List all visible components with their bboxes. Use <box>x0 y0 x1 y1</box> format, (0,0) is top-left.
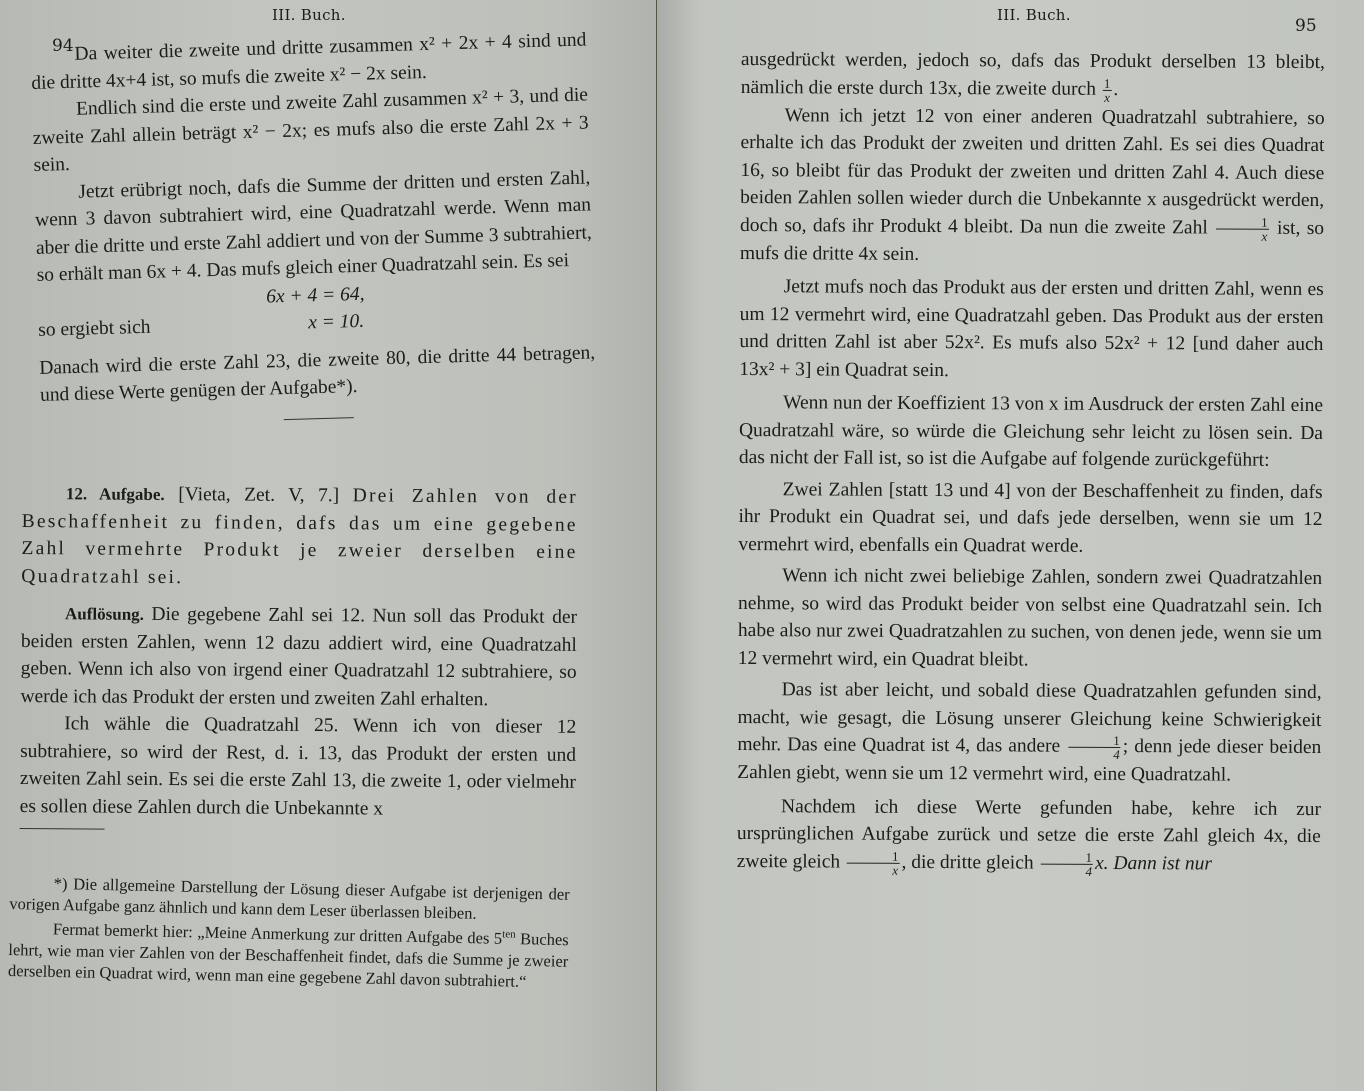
section-divider <box>284 417 354 420</box>
text: , die dritte gleich <box>901 851 1033 873</box>
paragraph: Wenn ich nicht zwei beliebige Zahlen, so… <box>738 562 1323 675</box>
running-head: III. Buch. <box>997 6 1071 24</box>
paragraph: Wenn nun der Koeffizient 13 von x im Aus… <box>739 389 1323 475</box>
superscript: ten <box>502 928 516 940</box>
solution-label: Auflösung. <box>65 604 144 624</box>
equation: x = 10. <box>308 308 365 337</box>
left-page: III. Buch. 94 Da weiter die zweite und d… <box>0 0 657 1091</box>
paragraph: Wenn ich jetzt 12 von einer anderen Quad… <box>740 102 1325 271</box>
fraction: 1x <box>847 849 900 876</box>
paragraph: Danach wird die erste Zahl 23, die zweit… <box>39 339 596 410</box>
text: x. Dann ist nur <box>1095 852 1212 874</box>
equation-label: so ergiebt sich <box>38 314 151 345</box>
paragraph: Jetzt mufs noch das Produkt aus der erst… <box>739 273 1324 386</box>
fraction: 14 <box>1068 734 1121 761</box>
footnotes: *) Die allgemeine Darstellung der Lösung… <box>8 872 570 992</box>
problem-label: 12. Aufgabe. <box>66 484 165 504</box>
page-number: 95 <box>1295 16 1317 36</box>
paragraph: Endlich sind die erste und zweite Zahl z… <box>32 81 590 179</box>
right-page: III. Buch. 95 ausgedrückt werden, jedoch… <box>657 0 1364 1091</box>
book-spread: III. Buch. 94 Da weiter die zweite und d… <box>0 0 1364 1091</box>
text: ausgedrückt werden, jedoch so, dafs das … <box>741 49 1325 99</box>
footnote-2: Fermat bemerkt hier: „Meine Anmerkung zu… <box>8 914 569 992</box>
paragraph: Zwei Zahlen [statt 13 und 4] von der Bes… <box>738 476 1322 562</box>
problem-block: 12. Aufgabe. [Vieta, Zet. V, 7.] Drei Za… <box>19 480 578 847</box>
paragraph: Ich wähle die Quadratzahl 25. Wenn ich v… <box>20 710 577 824</box>
paragraph: Das ist aber leicht, und sobald diese Qu… <box>737 676 1322 790</box>
footnote-rule <box>20 828 105 830</box>
fraction: 14 <box>1040 850 1093 877</box>
fraction: 1x <box>1103 76 1112 103</box>
paragraph: ausgedrückt werden, jedoch so, dafs das … <box>741 46 1325 105</box>
left-body-text: Da weiter die zweite und dritte zusammen… <box>30 20 597 448</box>
running-head: III. Buch. <box>272 6 346 24</box>
right-body-text: ausgedrückt werden, jedoch so, dafs das … <box>737 46 1325 879</box>
problem-reference: [Vieta, Zet. V, 7.] <box>178 484 339 506</box>
paragraph: Jetzt erübrigt noch, dafs die Summe der … <box>34 164 593 289</box>
fraction: 1x <box>1216 215 1269 242</box>
paragraph: Nachdem ich diese Werte gefunden habe, k… <box>737 793 1321 879</box>
